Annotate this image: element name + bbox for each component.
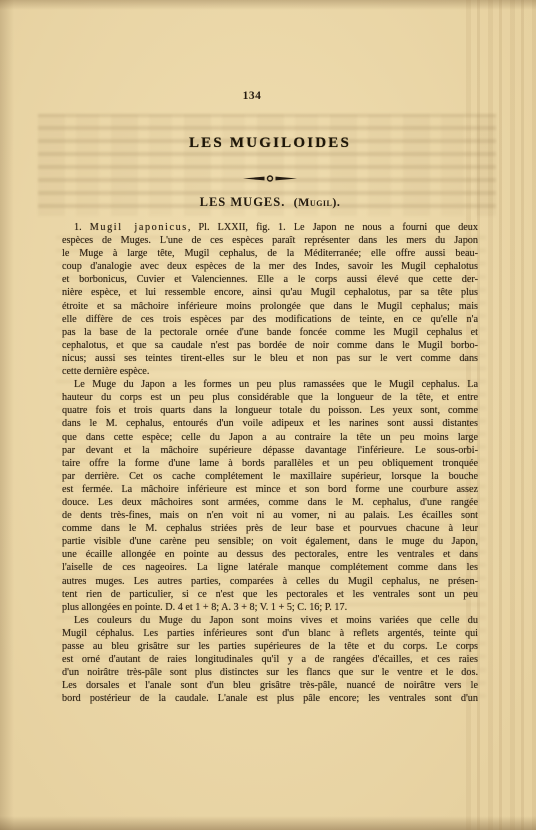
text-line: nicus; aussi ses teintes tirent-elles su… xyxy=(62,352,478,365)
text-line: espèces de Muges. L'une de ces espèces p… xyxy=(62,234,478,247)
divider-ornament xyxy=(62,170,478,188)
text-line: douce. Les deux mâchoires sont armées, c… xyxy=(62,496,478,509)
scan-edge-bottom xyxy=(0,816,536,830)
page-number: 134 xyxy=(62,90,442,102)
paragraph: Les couleurs du Muge du Japon sont moins… xyxy=(62,614,478,706)
text-line: étroite et sa mâchoire inférieure moins … xyxy=(62,300,478,313)
tapered-rule-icon xyxy=(243,174,297,183)
text-line: partie visible d'une carène peu sensible… xyxy=(62,535,478,548)
scan-edge-top xyxy=(0,0,536,10)
text-line: une écaille allongée en pointe au dessus… xyxy=(62,548,478,561)
text-line: d'un noirâtre très-pâle sont plus distin… xyxy=(62,666,478,679)
scan-edge-left xyxy=(0,0,14,830)
subtitle-text: LES MUGES. xyxy=(200,195,286,209)
text-line: hauteur du corps est un peu plus considé… xyxy=(62,391,478,404)
text-line: est orné d'autant de raies longitudinale… xyxy=(62,653,478,666)
text-line: par devant et la mâchoire supérieure dép… xyxy=(62,444,478,457)
text-line: et borbonicus, Cuvier et Valenciennes. E… xyxy=(62,273,478,286)
text-line: tent rien de particulier, si ce n'est qu… xyxy=(62,588,478,601)
text-line: cette dernière espèce. xyxy=(62,365,478,378)
text-line: que dans cette espèce; celle du Japon a … xyxy=(62,431,478,444)
text-line: coup d'analogie avec deux espèces de la … xyxy=(62,260,478,273)
text-line: 1. Mugil japonicus, Pl. LXXII, fig. 1. L… xyxy=(62,221,478,234)
text-line: passe au bleu grisâtre sur les parties s… xyxy=(62,640,478,653)
body-text: 1. Mugil japonicus, Pl. LXXII, fig. 1. L… xyxy=(62,221,478,705)
species-name-emphasis: Mugil japonicus xyxy=(90,222,188,233)
text-line: Les couleurs du Muge du Japon sont moins… xyxy=(62,614,478,627)
text-line: quatre fois et trois quarts dans la long… xyxy=(62,404,478,417)
text-line: Mugil céphalus. Les parties inférieures … xyxy=(62,627,478,640)
text-line: bord postérieur de la caudale. L'anale e… xyxy=(62,692,478,705)
species-subtitle: LES MUGES. (Mugil). xyxy=(62,195,478,210)
text-line: cephalotus, et que sa caudale n'est pas … xyxy=(62,339,478,352)
text-line: est fermée. La mâchoire inférieure est m… xyxy=(62,483,478,496)
text-line: taire offre la forme d'une lame à bords … xyxy=(62,457,478,470)
section-title: LES MUGILOIDES xyxy=(62,135,478,152)
text-line: par derrière. Cet os cache complétement … xyxy=(62,470,478,483)
text-line: Le Muge du Japon a les formes un peu plu… xyxy=(62,378,478,391)
text-line: l'aiselle de ces nageoires. La ligne lat… xyxy=(62,561,478,574)
text-line: plus allongées en pointe. D. 4 et 1 + 8;… xyxy=(62,601,478,614)
genus-label: (Mugil). xyxy=(294,195,341,209)
text-line: comme dans le M. cephalus striées près d… xyxy=(62,522,478,535)
paragraph: 1. Mugil japonicus, Pl. LXXII, fig. 1. L… xyxy=(62,221,478,378)
text-line: pas la base de la pectorale ornée d'une … xyxy=(62,326,478,339)
book-page-scan: 134 LES MUGILOIDES LES MUGES. (Mugil). 1… xyxy=(0,0,536,830)
text-line: de dents très-fines, mais on n'en voit n… xyxy=(62,509,478,522)
text-line: Les dorsales et l'anale sont d'un bleu g… xyxy=(62,679,478,692)
text-line: dans le M. cephalus, entourés d'un voile… xyxy=(62,417,478,430)
text-line: autres muges. Les autres parties, compar… xyxy=(62,575,478,588)
text-line: elle diffère de ces trois espèces par de… xyxy=(62,313,478,326)
text-line: le Muge à large tête, Mugil cephalus, de… xyxy=(62,247,478,260)
text-line: nière espèce, et lui ressemble encore, a… xyxy=(62,286,478,299)
paragraph: Le Muge du Japon a les formes un peu plu… xyxy=(62,378,478,614)
